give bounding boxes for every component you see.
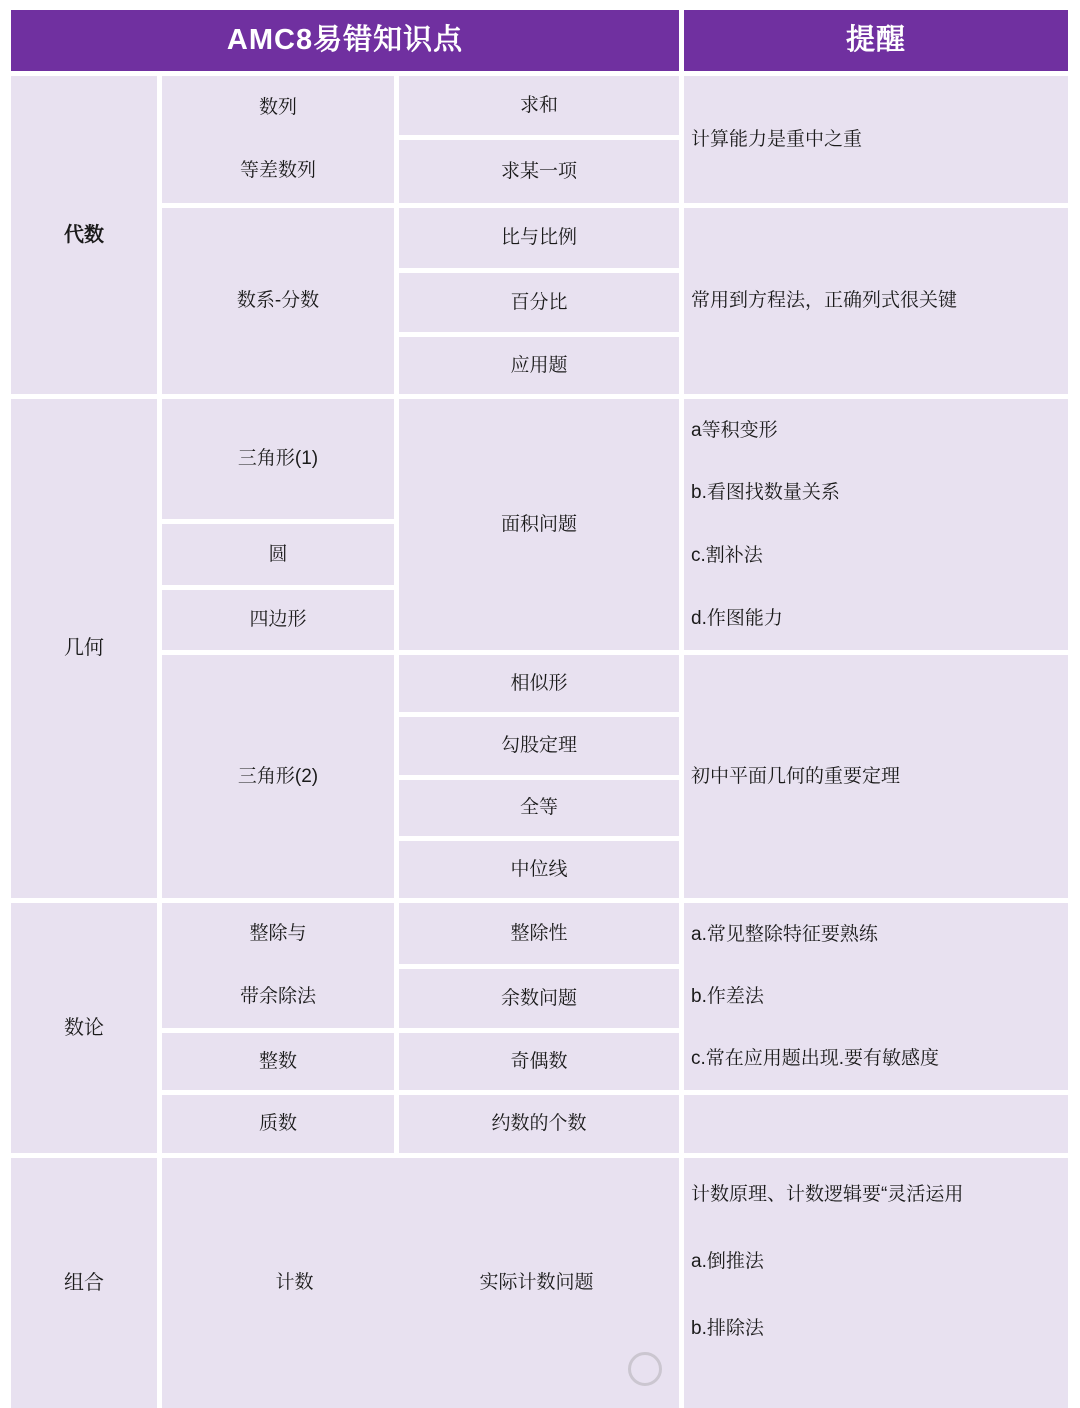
category-combinatorics: 组合 bbox=[11, 1158, 157, 1369]
reminder-counting: 计数原理、计数逻辑要“灵活运用 a.倒推法 b.排除法 bbox=[684, 1158, 1068, 1369]
topic-quadrilateral: 四边形 bbox=[162, 590, 394, 650]
subtopic-area-problems: 面积问题 bbox=[399, 399, 679, 650]
subtopic-ratio-proportion: 比与比例 bbox=[399, 208, 679, 268]
reminder-equation-method: 常用到方程法，正确列式很关键 bbox=[684, 208, 1068, 394]
reminder-line-drawing-ability: d.作图能力 bbox=[691, 587, 1062, 650]
reminder-area-methods: a等积变形 b.看图找数量关系 c.割补法 d.作图能力 bbox=[684, 399, 1068, 650]
topic-divisibility-division: 整除与 带余除法 bbox=[162, 903, 394, 1028]
header-reminder: 提醒 bbox=[684, 10, 1068, 71]
topic-sequences: 数列 等差数列 bbox=[162, 76, 394, 203]
reminder-line-divisibility-features: a.常见整除特征要熟练 bbox=[691, 904, 1062, 966]
topic-divisibility-label: 整除与 bbox=[249, 903, 306, 966]
topic-counting-merged-cell: 计数 实际计数问题 bbox=[162, 1158, 679, 1369]
topic-circle: 圆 bbox=[162, 524, 394, 585]
reminder-line-counting-principles: 计数原理、计数逻辑要“灵活运用 bbox=[691, 1161, 1062, 1228]
reminder-line-backward-method: a.倒推法 bbox=[691, 1228, 1062, 1295]
topic-primes: 质数 bbox=[162, 1095, 394, 1153]
subtopic-remainder-problems: 余数问题 bbox=[399, 969, 679, 1028]
reminder-line-diagram-relations: b.看图找数量关系 bbox=[691, 462, 1062, 525]
subtopic-sum: 求和 bbox=[399, 76, 679, 135]
subtopic-pythagorean-theorem: 勾股定理 bbox=[399, 717, 679, 775]
subtopic-find-term: 求某一项 bbox=[399, 140, 679, 203]
category-geometry: 几何 bbox=[11, 399, 157, 898]
subtopic-midsegment: 中位线 bbox=[399, 841, 679, 898]
reminder-line-exclusion-method: b.排除法 bbox=[691, 1295, 1062, 1362]
topic-triangle-1: 三角形(1) bbox=[162, 399, 394, 519]
subtopic-odd-even: 奇偶数 bbox=[399, 1033, 679, 1090]
reminder-empty-cell bbox=[684, 1095, 1068, 1153]
topic-sequence-label: 数列 bbox=[259, 76, 297, 140]
reminder-line-equal-area: a等积变形 bbox=[691, 399, 1062, 462]
reminder-plane-geometry-theorems: 初中平面几何的重要定理 bbox=[684, 655, 1068, 898]
subtopic-practical-counting: 实际计数问题 bbox=[411, 1271, 663, 1295]
reminder-calculation: 计算能力是重中之重 bbox=[684, 76, 1068, 203]
subtopic-divisibility: 整除性 bbox=[399, 903, 679, 964]
subtopic-similar-figures: 相似形 bbox=[399, 655, 679, 712]
page: { "header": { "knowledge": "AMC8易错知识点", … bbox=[0, 0, 1080, 1369]
topic-number-systems-fractions: 数系-分数 bbox=[162, 208, 394, 394]
reminder-line-difference-method: b.作差法 bbox=[691, 966, 1062, 1028]
topic-counting: 计数 bbox=[179, 1271, 411, 1295]
reminder-line-cut-and-fill: c.割补法 bbox=[691, 525, 1062, 588]
topic-division-with-remainder-label: 带余除法 bbox=[240, 966, 316, 1029]
reminder-number-theory: a.常见整除特征要熟练 b.作差法 c.常在应用题出现.要有敏感度 bbox=[684, 903, 1068, 1090]
category-algebra: 代数 bbox=[11, 76, 157, 394]
subtopic-percentage: 百分比 bbox=[399, 273, 679, 332]
subtopic-word-problems: 应用题 bbox=[399, 337, 679, 394]
topic-arithmetic-sequence-label: 等差数列 bbox=[240, 140, 316, 204]
category-number-theory: 数论 bbox=[11, 903, 157, 1153]
amc8-knowledge-table: AMC8易错知识点 提醒 代数 数列 等差数列 求和 求某一项 计算能力是重中之… bbox=[11, 10, 1068, 1369]
topic-triangle-2: 三角形(2) bbox=[162, 655, 394, 898]
reminder-line-word-problem-sensitivity: c.常在应用题出现.要有敏感度 bbox=[691, 1028, 1062, 1090]
topic-integers: 整数 bbox=[162, 1033, 394, 1090]
header-knowledge-points: AMC8易错知识点 bbox=[11, 10, 679, 71]
subtopic-number-of-divisors: 约数的个数 bbox=[399, 1095, 679, 1153]
subtopic-congruence: 全等 bbox=[399, 780, 679, 836]
